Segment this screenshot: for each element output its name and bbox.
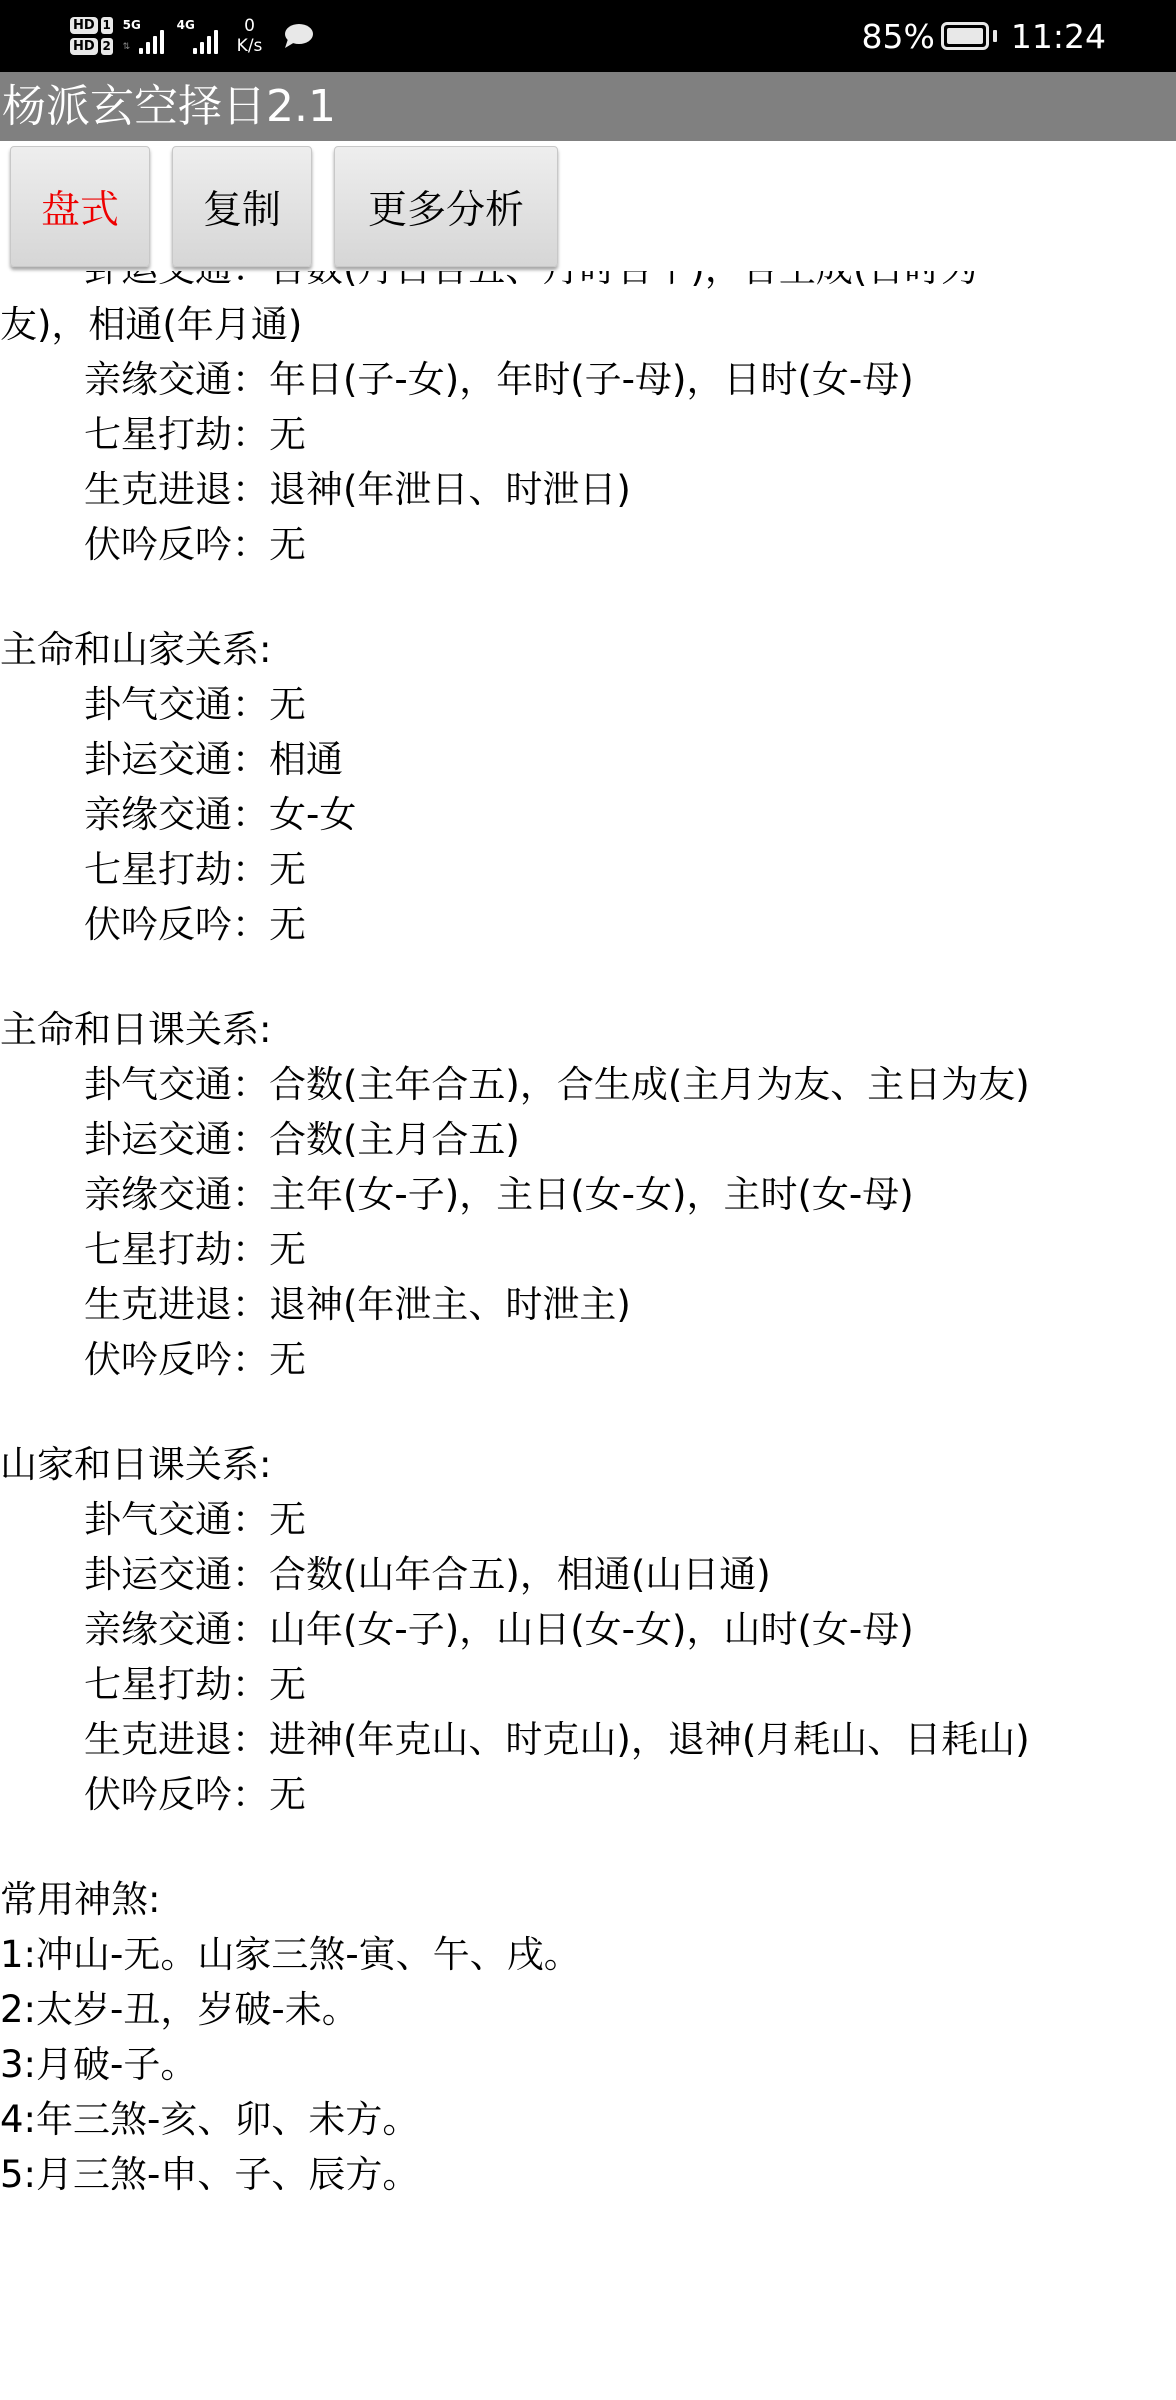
- section-heading-owner-mountain: 主命和山家关系:: [0, 622, 1176, 677]
- sim1-hd-icon: HD 1: [70, 17, 113, 34]
- relation-row: 七星打劫：无: [0, 842, 1176, 897]
- relation-row: 生克进退：退神(年泄日、时泄日): [0, 462, 1176, 517]
- signal-4g-icon: 4G: [177, 18, 221, 54]
- network-speed: 0 K/s: [237, 16, 263, 56]
- relation-row: 亲缘交通：女-女: [0, 787, 1176, 842]
- section-heading-common-spirits: 常用神煞:: [0, 1872, 1176, 1927]
- relation-row: 七星打劫：无: [0, 1222, 1176, 1277]
- relation-row: 卦气交通：合数(主年合五)，合生成(主月为友、主日为友): [0, 1057, 1176, 1112]
- partial-line: 卦运交通：合数(月日合五、月时合十)，合生成(日时为: [0, 271, 1176, 297]
- status-bar: HD 1 HD 2 5G ⇅ 4G 0 K/s: [0, 0, 1176, 72]
- spirit-item: 2:太岁-丑，岁破-未。: [0, 1982, 1176, 2037]
- battery-tip: [993, 30, 997, 42]
- relation-row: 卦运交通：合数(主月合五): [0, 1112, 1176, 1167]
- battery-icon: [941, 22, 989, 50]
- relation-row: 亲缘交通：年日(子-女)，年时(子-母)，日时(女-母): [0, 352, 1176, 407]
- sim2-hd-icon: HD 2: [70, 38, 113, 55]
- copy-button[interactable]: 复制: [172, 146, 312, 267]
- chart-layout-button[interactable]: 盘式: [10, 146, 150, 267]
- relation-row: 生克进退：退神(年泄主、时泄主): [0, 1277, 1176, 1332]
- signal-5g-icon: 5G ⇅: [123, 18, 167, 54]
- spirit-item: 4:年三煞-亥、卯、未方。: [0, 2092, 1176, 2147]
- status-bar-left: HD 1 HD 2 5G ⇅ 4G 0 K/s: [70, 8, 314, 64]
- relation-row: 卦运交通：合数(山年合五)，相通(山日通): [0, 1547, 1176, 1602]
- analysis-text-scroll[interactable]: 卦运交通：合数(月日合五、月时合十)，合生成(日时为 友)，相通(年月通) 亲缘…: [0, 271, 1176, 2202]
- relation-row: 卦气交通：无: [0, 677, 1176, 732]
- toolbar: 盘式 复制 更多分析: [0, 141, 1176, 271]
- battery-percent: 85%: [862, 17, 935, 56]
- app-title: 杨派玄空择日2.1: [2, 81, 336, 132]
- relation-row: 七星打劫：无: [0, 407, 1176, 462]
- more-analysis-button[interactable]: 更多分析: [334, 146, 558, 267]
- relation-row: 伏吟反吟：无: [0, 1332, 1176, 1387]
- spirit-item: 3:月破-子。: [0, 2037, 1176, 2092]
- relation-row: 卦气交通：无: [0, 1492, 1176, 1547]
- message-icon: [282, 23, 314, 49]
- clock: 11:24: [1011, 17, 1106, 56]
- relation-row: 七星打劫：无: [0, 1657, 1176, 1712]
- relation-row: 伏吟反吟：无: [0, 517, 1176, 572]
- relation-row: 亲缘交通：主年(女-子)，主日(女-女)，主时(女-母): [0, 1167, 1176, 1222]
- section-heading-mountain-daily: 山家和日课关系:: [0, 1437, 1176, 1492]
- relation-row: 伏吟反吟：无: [0, 897, 1176, 952]
- relation-row: 亲缘交通：山年(女-子)，山日(女-女)，山时(女-母): [0, 1602, 1176, 1657]
- relation-row: 卦运交通：相通: [0, 732, 1176, 787]
- status-bar-right: 85% 11:24: [862, 0, 1106, 72]
- relation-row: 生克进退：进神(年克山、时克山)，退神(月耗山、日耗山): [0, 1712, 1176, 1767]
- app-title-bar: 杨派玄空择日2.1: [0, 72, 1176, 141]
- spirit-item: 1:冲山-无。山家三煞-寅、午、戌。: [0, 1927, 1176, 1982]
- relation-row: 伏吟反吟：无: [0, 1767, 1176, 1822]
- continuation-line: 友)，相通(年月通): [0, 297, 1176, 352]
- spirit-item: 5:月三煞-申、子、辰方。: [0, 2147, 1176, 2202]
- volte-indicators: HD 1 HD 2: [70, 17, 113, 55]
- section-heading-owner-daily: 主命和日课关系:: [0, 1002, 1176, 1057]
